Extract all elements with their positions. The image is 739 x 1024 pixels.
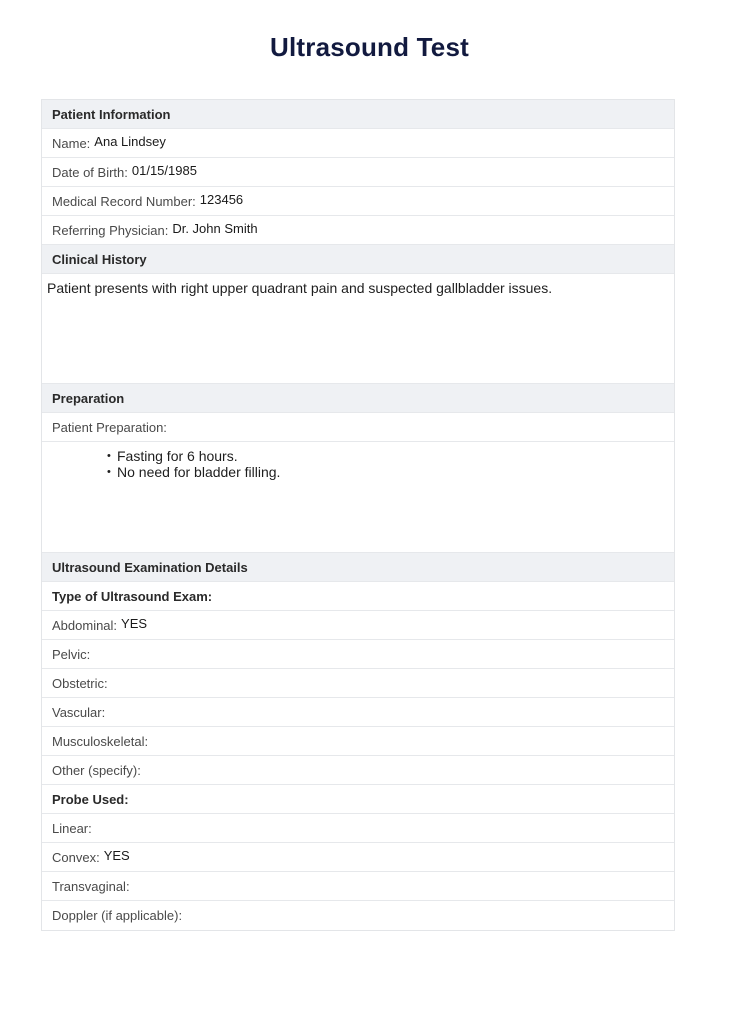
field-label: Vascular: bbox=[52, 705, 105, 720]
preparation-list: • Fasting for 6 hours. • No need for bla… bbox=[42, 448, 674, 480]
probe-used-subheader: Probe Used: bbox=[42, 785, 674, 814]
section-header-exam-details: Ultrasound Examination Details bbox=[42, 553, 674, 582]
list-item: • No need for bladder filling. bbox=[42, 464, 674, 480]
exam-type-other: Other (specify): bbox=[42, 756, 674, 785]
exam-type-vascular: Vascular: bbox=[42, 698, 674, 727]
section-header-clinical-history: Clinical History bbox=[42, 245, 674, 274]
field-medical-record-number: Medical Record Number: 123456 bbox=[42, 187, 674, 216]
bullet-icon: • bbox=[42, 464, 117, 480]
list-item-text: No need for bladder filling. bbox=[117, 464, 280, 480]
field-label: Other (specify): bbox=[52, 763, 141, 778]
exam-type-musculoskeletal: Musculoskeletal: bbox=[42, 727, 674, 756]
list-item: • Fasting for 6 hours. bbox=[42, 448, 674, 464]
field-label: Pelvic: bbox=[52, 647, 90, 662]
field-value: YES bbox=[121, 616, 147, 631]
field-label: Date of Birth: bbox=[52, 165, 128, 180]
ultrasound-form: Patient Information Name: Ana Lindsey Da… bbox=[41, 99, 675, 931]
field-value: YES bbox=[104, 848, 130, 863]
section-header-patient-information: Patient Information bbox=[42, 100, 674, 129]
field-label: Abdominal: bbox=[52, 618, 117, 633]
exam-type-obstetric: Obstetric: bbox=[42, 669, 674, 698]
field-value: 123456 bbox=[200, 192, 243, 207]
field-label: Convex: bbox=[52, 850, 100, 865]
clinical-history-text: Patient presents with right upper quadra… bbox=[42, 274, 674, 384]
bullet-icon: • bbox=[42, 448, 117, 464]
document-title: Ultrasound Test bbox=[0, 32, 739, 63]
field-label: Doppler (if applicable): bbox=[52, 908, 182, 923]
section-header-preparation: Preparation bbox=[42, 384, 674, 413]
patient-preparation-label-row: Patient Preparation: bbox=[42, 413, 674, 442]
field-label: Musculoskeletal: bbox=[52, 734, 148, 749]
exam-type-subheader: Type of Ultrasound Exam: bbox=[42, 582, 674, 611]
probe-convex: Convex: YES bbox=[42, 843, 674, 872]
field-value: 01/15/1985 bbox=[132, 163, 197, 178]
preparation-list-block: • Fasting for 6 hours. • No need for bla… bbox=[42, 442, 674, 553]
list-item-text: Fasting for 6 hours. bbox=[117, 448, 238, 464]
exam-type-pelvic: Pelvic: bbox=[42, 640, 674, 669]
patient-preparation-label: Patient Preparation: bbox=[52, 420, 167, 435]
field-label: Referring Physician: bbox=[52, 223, 168, 238]
probe-transvaginal: Transvaginal: bbox=[42, 872, 674, 901]
field-label: Obstetric: bbox=[52, 676, 108, 691]
field-value: Dr. John Smith bbox=[172, 221, 257, 236]
field-label: Medical Record Number: bbox=[52, 194, 196, 209]
probe-doppler: Doppler (if applicable): bbox=[42, 901, 674, 930]
field-date-of-birth: Date of Birth: 01/15/1985 bbox=[42, 158, 674, 187]
field-value: Ana Lindsey bbox=[94, 134, 166, 149]
field-referring-physician: Referring Physician: Dr. John Smith bbox=[42, 216, 674, 245]
field-label: Name: bbox=[52, 136, 90, 151]
field-name: Name: Ana Lindsey bbox=[42, 129, 674, 158]
field-label: Transvaginal: bbox=[52, 879, 130, 894]
field-label: Linear: bbox=[52, 821, 92, 836]
probe-linear: Linear: bbox=[42, 814, 674, 843]
exam-type-abdominal: Abdominal: YES bbox=[42, 611, 674, 640]
